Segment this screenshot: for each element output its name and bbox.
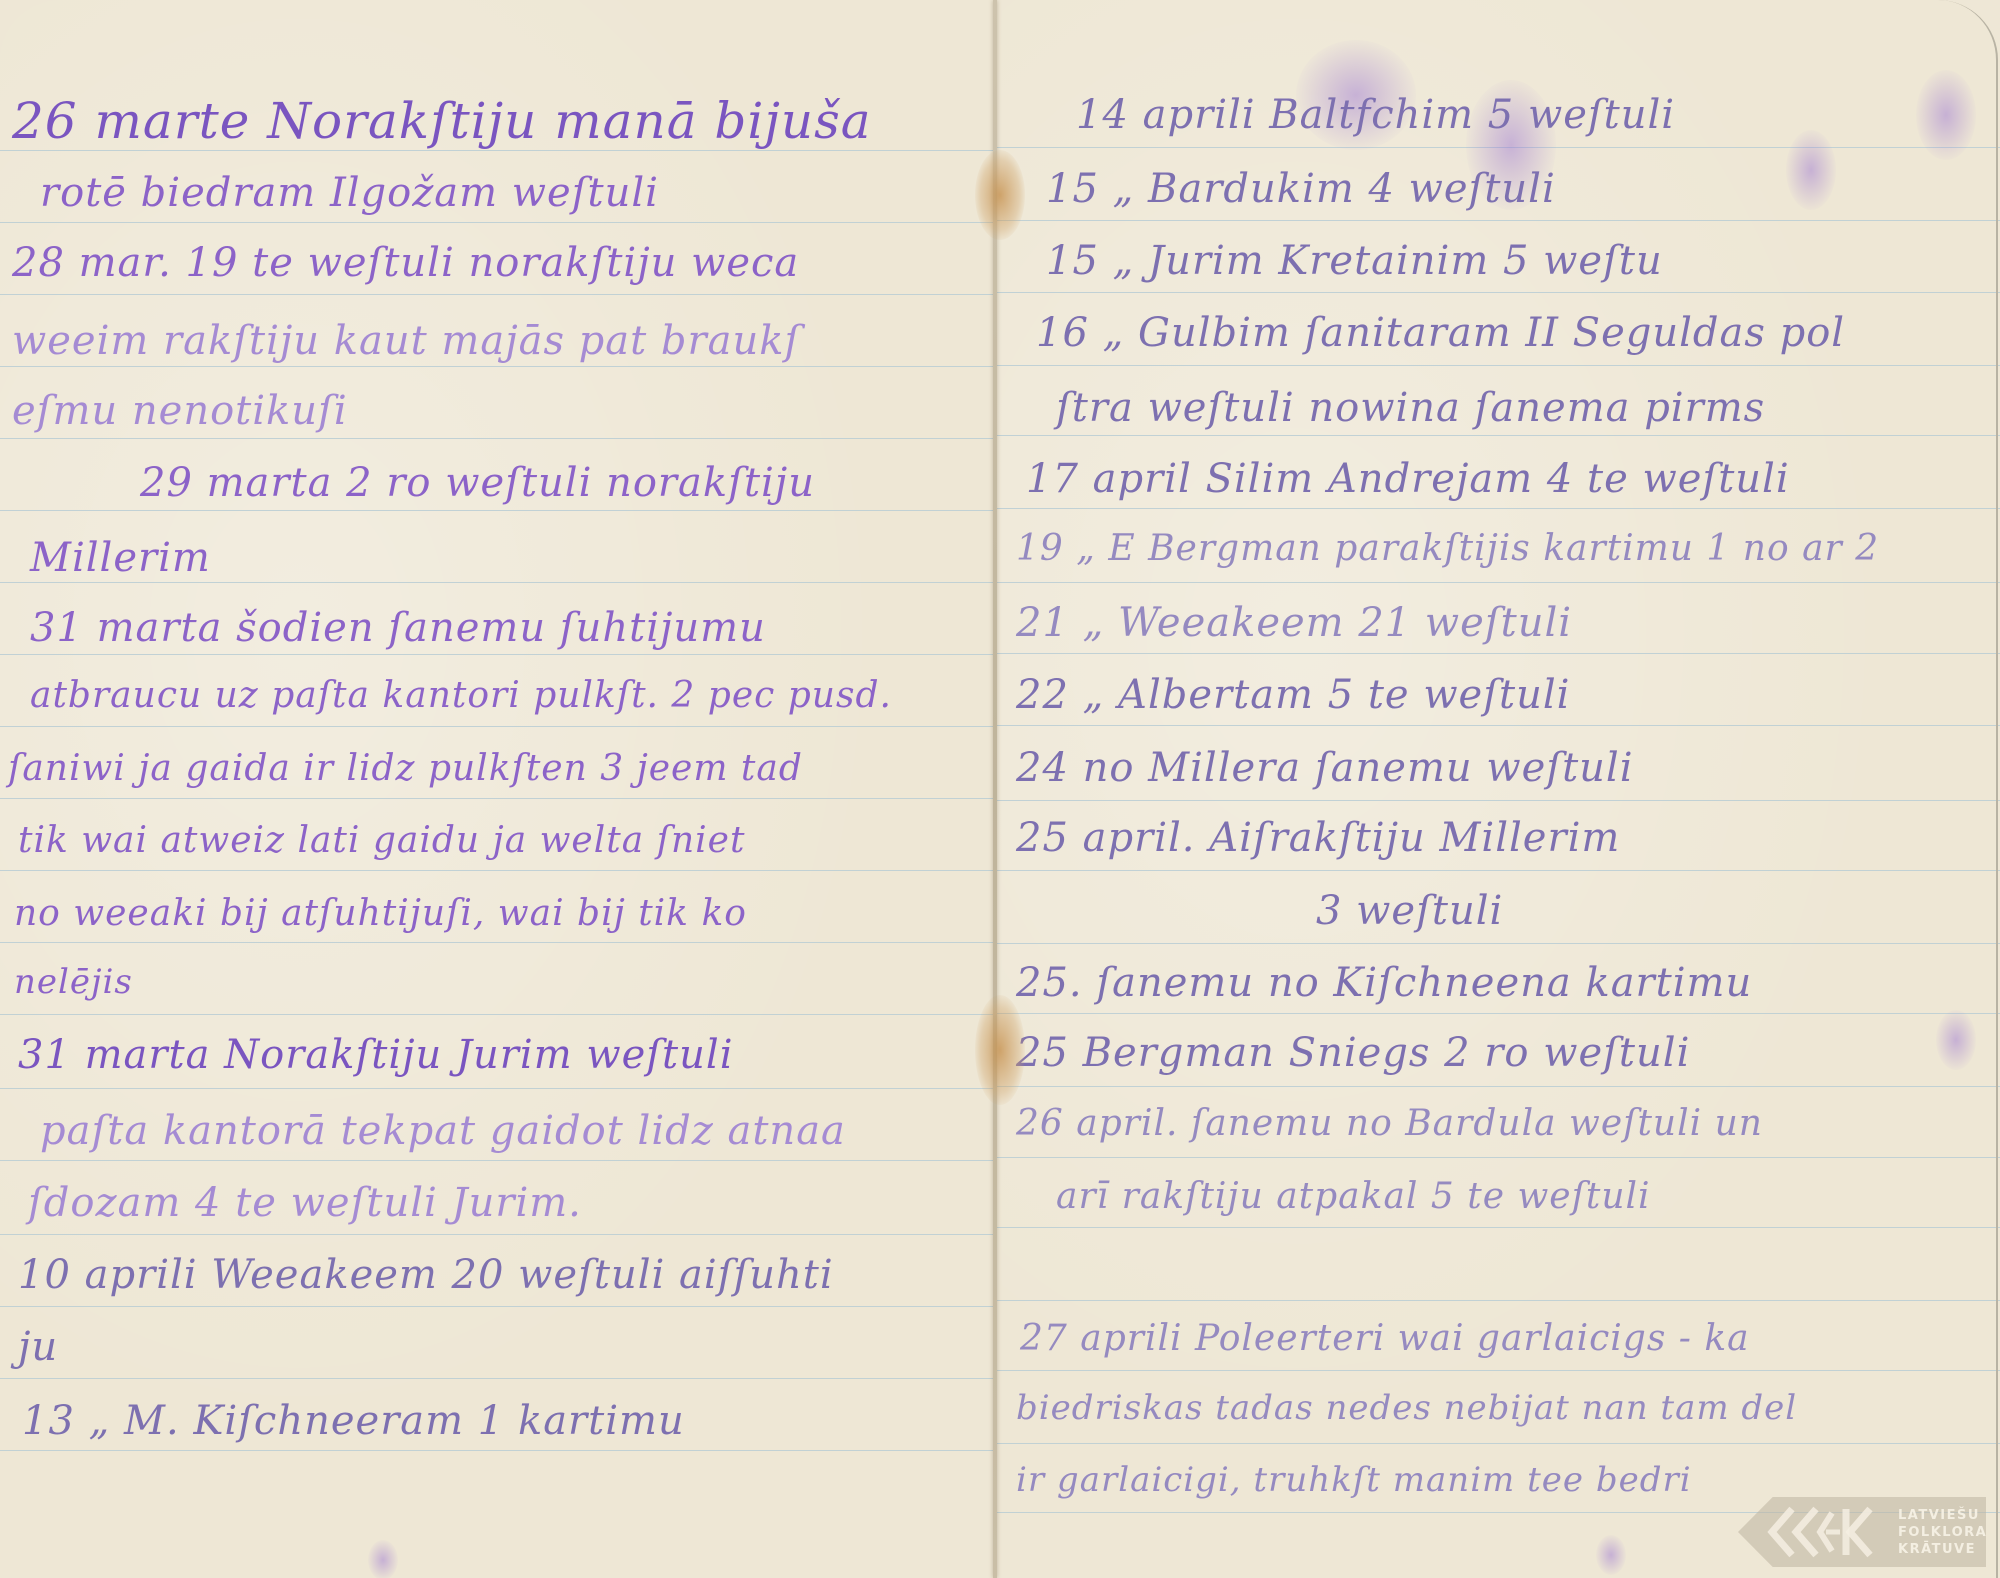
handwritten-line: 31 marta šodien ſanemu ſuhtijumu	[30, 605, 766, 651]
ruled-line	[996, 292, 2000, 293]
handwritten-line: 26 april. ſanemu no Bardula weſtuli un	[1016, 1103, 1763, 1144]
ruled-line	[0, 726, 996, 727]
handwritten-line: ſaniwi ja gaida ir lidz pulkſten 3 jeem …	[8, 748, 803, 789]
ruled-line	[0, 1160, 996, 1161]
ruled-line	[0, 582, 996, 583]
handwritten-line: rotē biedram Ilgožam weſtuli	[40, 170, 659, 216]
handwritten-line: 26 marte Norakſtiju manā bijuša	[12, 92, 872, 150]
ruled-line	[996, 582, 2000, 583]
ruled-line	[996, 1157, 2000, 1158]
ruled-line	[0, 1450, 996, 1451]
handwritten-line: 15 „ Bardukim 4 weſtuli	[1046, 166, 1556, 212]
ruled-line	[0, 294, 996, 295]
handwritten-line: paſta kantorā tekpat gaidot lidz atnaa	[40, 1108, 846, 1154]
archive-watermark-logo: LATVIEŠU FOLKLORAS KRĀTUVE	[1738, 1497, 1986, 1567]
handwritten-line: 28 mar. 19 te weſtuli norakſtiju weca	[12, 240, 799, 286]
handwritten-line: tik wai atweiz lati gaidu ja welta ſniet	[18, 820, 745, 861]
ink-spot	[1596, 1535, 1626, 1575]
handwritten-line: 25 Bergman Sniegs 2 ro weſtuli	[1016, 1030, 1690, 1076]
ruled-line	[996, 220, 2000, 221]
ruled-line	[996, 1013, 2000, 1014]
ruled-line	[996, 1370, 2000, 1371]
handwritten-line: 24 no Millera ſanemu weſtuli	[1016, 745, 1634, 791]
ink-smudge	[1916, 70, 1976, 160]
ruled-line	[996, 508, 2000, 509]
watermark-line: FOLKLORAS	[1898, 1524, 1998, 1541]
ruled-line	[0, 1234, 996, 1235]
handwritten-line: 29 marta 2 ro weſtuli norakſtiju	[140, 460, 815, 506]
ruled-line	[0, 1088, 996, 1089]
notebook-spread: 26 marte Norakſtiju manā bijuša rotē bie…	[0, 0, 2000, 1578]
left-page: 26 marte Norakſtiju manā bijuša rotē bie…	[0, 0, 996, 1578]
handwritten-line: 31 marta Norakſtiju Jurim weſtuli	[18, 1032, 733, 1078]
rust-stain	[975, 150, 1025, 240]
ruled-line	[0, 150, 996, 151]
ruled-line	[996, 725, 2000, 726]
ruled-line	[0, 1378, 996, 1379]
handwritten-line: 16 „ Gulbim ſanitaram II Seguldas pol	[1036, 310, 1845, 356]
handwritten-line: 27 aprili Poleerteri wai garlaicigs - ka	[1020, 1318, 1750, 1359]
handwritten-line: atbraucu uz paſta kantori pulkſt. 2 pec …	[30, 675, 892, 716]
handwritten-line: 3 weſtuli	[1316, 888, 1503, 934]
ruled-line	[996, 943, 2000, 944]
handwritten-line: 19 „ E Bergman parakſtijis kartimu 1 no …	[1016, 528, 1879, 569]
ruled-line	[0, 366, 996, 367]
ruled-line	[996, 365, 2000, 366]
ruled-line	[996, 800, 2000, 801]
ruled-line	[0, 222, 996, 223]
handwritten-line: ju	[18, 1324, 58, 1370]
handwritten-line: 22 „ Albertam 5 te weſtuli	[1016, 672, 1570, 718]
handwritten-line: no weeaki bij atſuhtijuſi, wai bij tik k…	[14, 893, 747, 934]
handwritten-line: biedriskas tadas nedes nebijat nan tam d…	[1016, 1388, 1797, 1428]
handwritten-line: 21 „ Weeakeem 21 weſtuli	[1016, 600, 1572, 646]
watermark-line: KRĀTUVE	[1898, 1541, 1998, 1558]
handwritten-line: 15 „ Jurim Kretainim 5 weſtu	[1046, 238, 1663, 284]
handwritten-line: 10 aprili Weeakeem 20 weſtuli aiſſuhti	[18, 1252, 834, 1298]
ruled-line	[996, 1227, 2000, 1228]
ruled-line	[0, 438, 996, 439]
handwritten-line: eſmu nenotikuſi	[12, 388, 348, 434]
ruled-line	[996, 1086, 2000, 1087]
ruled-line	[0, 798, 996, 799]
ruled-line	[0, 870, 996, 871]
ink-smudge	[1936, 1010, 1976, 1070]
ruled-line	[996, 653, 2000, 654]
handwritten-line: weeim rakſtiju kaut majās pat braukſ	[12, 318, 800, 364]
handwritten-line: 17 april Silim Andrejam 4 te weſtuli	[1026, 456, 1790, 502]
rust-stain	[975, 995, 1025, 1105]
handwritten-line: nelējis	[14, 962, 133, 1002]
handwritten-line: ſtra weſtuli nowina ſanema pirms	[1056, 385, 1765, 431]
handwritten-line: ir garlaicigi, truhkſt manim tee bedri	[1016, 1460, 1692, 1500]
ruled-line	[996, 870, 2000, 871]
right-page: 81 14 aprili Baltfchim 5 weſtuli 15 „ Ba…	[996, 0, 2000, 1578]
ink-spot	[368, 1540, 398, 1578]
ruled-line	[0, 1014, 996, 1015]
ruled-line	[0, 510, 996, 511]
ruled-line	[0, 654, 996, 655]
handwritten-line: 14 aprili Baltfchim 5 weſtuli	[1076, 92, 1675, 138]
ink-smudge	[1786, 130, 1836, 210]
watermark-text: LATVIEŠU FOLKLORAS KRĀTUVE	[1898, 1507, 1998, 1558]
handwritten-line: 13 „ M. Kiſchneeram 1 kartimu	[22, 1398, 685, 1444]
ruled-line	[996, 1300, 2000, 1301]
handwritten-line: ſdozam 4 te weſtuli Jurim.	[28, 1180, 582, 1226]
ruled-line	[996, 1443, 2000, 1444]
handwritten-line: 25. ſanemu no Kiſchneena kartimu	[1016, 960, 1752, 1006]
ruled-line	[0, 942, 996, 943]
watermark-line: LATVIEŠU	[1898, 1507, 1998, 1524]
handwritten-line: 25 april. Aiſrakſtiju Millerim	[1016, 815, 1620, 861]
handwritten-line: arī rakſtiju atpakal 5 te weſtuli	[1056, 1176, 1651, 1217]
handwritten-line: Millerim	[30, 535, 211, 581]
ruled-line	[0, 1306, 996, 1307]
lfk-logo-icon	[1766, 1505, 1876, 1559]
ruled-line	[996, 435, 2000, 436]
